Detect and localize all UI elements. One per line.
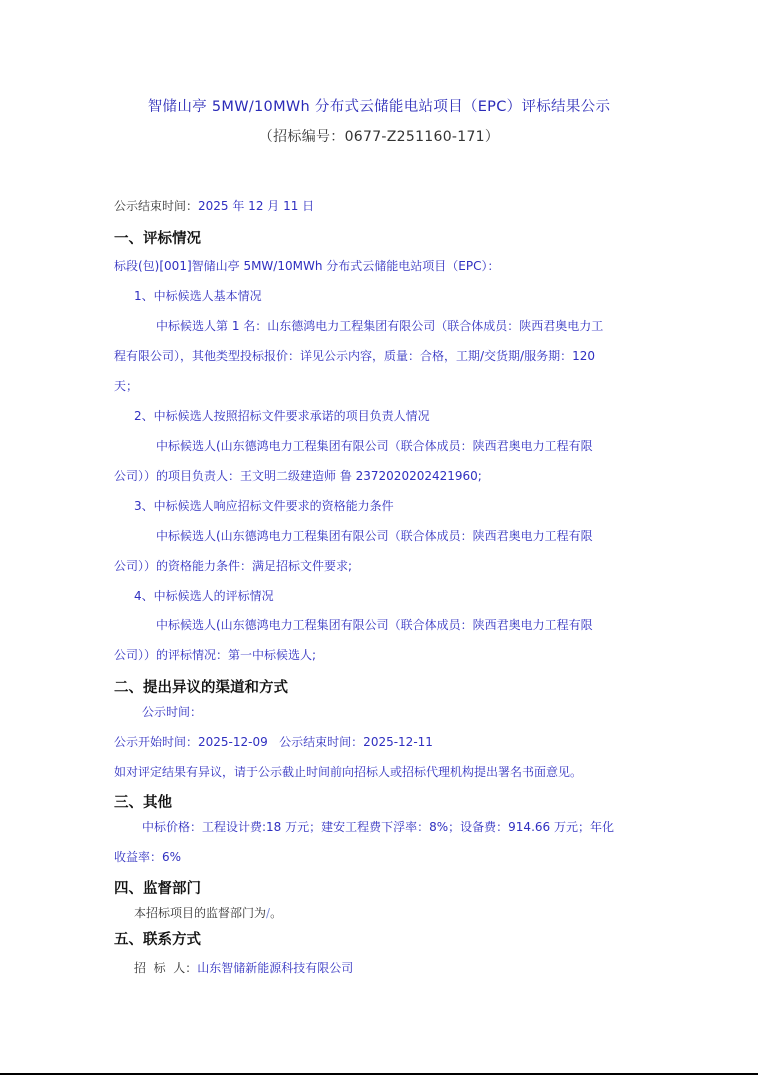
- winning-price-line1: 中标价格：工程设计费:18 万元；建安工程费下浮率：8%；设备费：914.66 …: [142, 819, 614, 835]
- section-heading-other: 三、其他: [114, 791, 172, 812]
- document-page: 智储山亭 5MW/10MWh 分布式云储能电站项目（EPC）评标结果公示 （招标…: [0, 0, 758, 1076]
- item1-line2: 程有限公司），其他类型投标报价：详见公示内容，质量：合格，工期/交货期/服务期：…: [114, 348, 595, 364]
- publicity-end-time: 公示结束时间：2025 年 12 月 11 日: [114, 198, 314, 214]
- section-heading-contact: 五、联系方式: [114, 928, 201, 949]
- item2-title: 2、中标候选人按照招标文件要求承诺的项目负责人情况: [134, 408, 430, 424]
- item1-title: 1、中标候选人基本情况: [134, 288, 262, 304]
- item4-line1: 中标候选人(山东德鸿电力工程集团有限公司（联合体成员：陕西君奥电力工程有限: [156, 617, 593, 633]
- section-heading-evaluation: 一、评标情况: [114, 227, 201, 248]
- tenderer-label: 招 标 人：: [134, 961, 197, 975]
- supervision-suffix: 。: [270, 906, 282, 920]
- page-bottom-rule: [0, 1073, 758, 1075]
- item2-line1: 中标候选人(山东德鸿电力工程集团有限公司（联合体成员：陕西君奥电力工程有限: [156, 438, 593, 454]
- tenderer-name: 山东智储新能源科技有限公司: [197, 961, 353, 975]
- lot-description: 标段(包)[001]智储山亭 5MW/10MWh 分布式云储能电站项目（EPC）…: [114, 258, 499, 274]
- item2-line2: 公司））的项目负责人：王文明二级建造师 鲁 2372020202421960;: [114, 468, 482, 484]
- item3-line2: 公司））的资格能力条件：满足招标文件要求;: [114, 558, 352, 574]
- item3-title: 3、中标候选人响应招标文件要求的资格能力条件: [134, 498, 394, 514]
- tender-number: （招标编号：0677-Z251160-171）: [0, 126, 758, 146]
- supervision-text: 本招标项目的监督部门为: [134, 906, 266, 920]
- tenderer-contact: 招 标 人：山东智储新能源科技有限公司: [134, 960, 353, 976]
- section-heading-supervision: 四、监督部门: [114, 877, 201, 898]
- item4-title: 4、中标候选人的评标情况: [134, 588, 274, 604]
- publicity-end-time-value: 2025 年 12 月 11 日: [198, 199, 314, 213]
- item1-line1: 中标候选人第 1 名：山东德鸿电力工程集团有限公司（联合体成员：陕西君奥电力工: [156, 318, 603, 334]
- section-heading-objection: 二、提出异议的渠道和方式: [114, 676, 288, 697]
- objection-instructions: 如对评定结果有异议，请于公示截止时间前向招标人或招标代理机构提出署名书面意见。: [114, 764, 582, 780]
- item1-line3: 天；: [114, 378, 138, 394]
- winning-price-line2: 收益率：6%: [114, 849, 181, 865]
- supervision-department: 本招标项目的监督部门为/。: [134, 905, 282, 921]
- document-title: 智储山亭 5MW/10MWh 分布式云储能电站项目（EPC）评标结果公示: [0, 95, 758, 116]
- publicity-end-time-label: 公示结束时间：: [114, 199, 198, 213]
- publicity-period: 公示开始时间：2025-12-09 公示结束时间：2025-12-11: [114, 734, 433, 750]
- publicity-period-label: 公示时间：: [142, 704, 202, 720]
- item3-line1: 中标候选人(山东德鸿电力工程集团有限公司（联合体成员：陕西君奥电力工程有限: [156, 528, 593, 544]
- item4-line2: 公司））的评标情况：第一中标候选人;: [114, 647, 316, 663]
